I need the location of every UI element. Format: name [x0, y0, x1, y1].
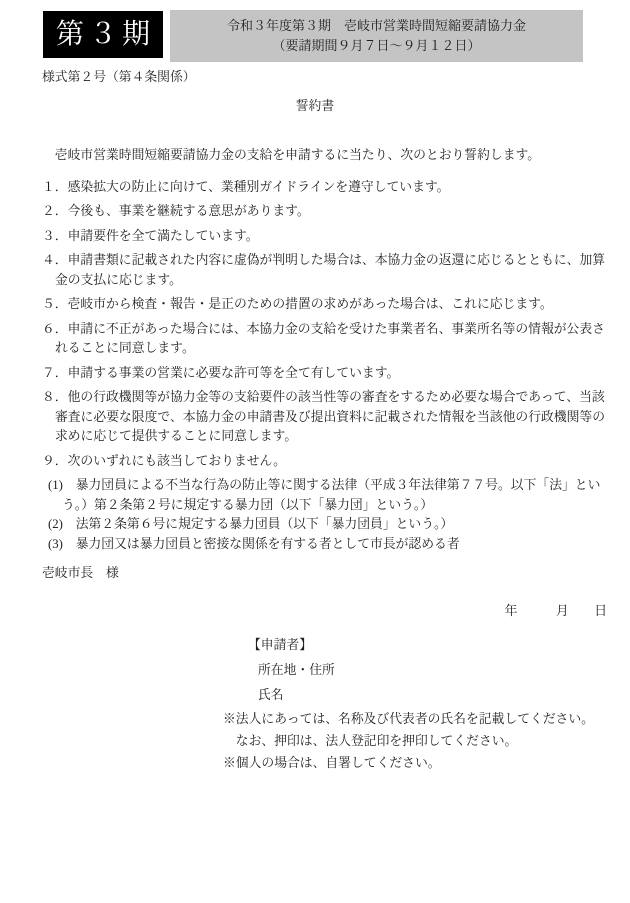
- pledge-document-page: 第３期 令和３年度第３期 壱岐市営業時間短縮要請協力金 （要請期間９月７日～９月…: [0, 0, 630, 903]
- intro-paragraph: 壱岐市営業時間短縮要請協力金の支給を申請するに当たり、次のとおり誓約します。: [42, 146, 607, 166]
- pledge-item-9: ９．次のいずれにも該当しておりません。: [42, 452, 607, 472]
- pledge-item-8: ８．他の行政機関等が協力金等の支給要件の該当性等の審査をするため必要な場合であっ…: [42, 388, 607, 447]
- pledge-item-1: １．感染拡大の防止に向けて、業種別ガイドラインを遵守しています。: [42, 178, 607, 198]
- sub-item-2: (2) 法第２条第６号に規定する暴力団員（以下「暴力団員」という。）: [48, 515, 607, 535]
- pledge-items-list: １．感染拡大の防止に向けて、業種別ガイドラインを遵守しています。 ２．今後も、事…: [42, 178, 607, 555]
- applicant-name-label: 氏名: [258, 683, 607, 708]
- period-badge: 第３期: [43, 11, 163, 58]
- date-line: 年 月 日: [42, 602, 607, 622]
- sub-item-1: (1) 暴力団員による不当な行為の防止等に関する法律（平成３年法律第７７号。以下…: [48, 476, 607, 515]
- pledge-item-2: ２．今後も、事業を継続する意思があります。: [42, 202, 607, 222]
- applicant-section: 【申請者】 所在地・住所 氏名: [42, 633, 607, 708]
- pledge-sub-items-list: (1) 暴力団員による不当な行為の防止等に関する法律（平成３年法律第７７号。以下…: [48, 476, 607, 554]
- pledge-item-3: ３．申請要件を全て満たしています。: [42, 227, 607, 247]
- pledge-item-4: ４．申請書類に記載された内容に虚偽が判明した場合は、本協力金の返還に応じるととも…: [42, 251, 607, 290]
- pledge-item-7: ７．申請する事業の営業に必要な許可等を全て有しています。: [42, 364, 607, 384]
- applicant-address-label: 所在地・住所: [258, 658, 607, 683]
- title-line-2: （要請期間９月７日～９月１２日）: [272, 36, 480, 56]
- addressee: 壱岐市長 様: [42, 564, 607, 584]
- pledge-item-5: ５．壱岐市から検査・報告・是正のための措置の求めがあった場合は、これに応じます。: [42, 295, 607, 315]
- document-title: 誓約書: [0, 97, 630, 117]
- pledge-item-6: ６．申請に不正があった場合には、本協力金の支給を受けた事業者名、事業所名等の情報…: [42, 320, 607, 359]
- title-box: 令和３年度第３期 壱岐市営業時間短縮要請協力金 （要請期間９月７日～９月１２日）: [170, 10, 583, 62]
- sub-item-3: (3) 暴力団又は暴力団員と密接な関係を有する者として市長が認める者: [48, 535, 607, 555]
- form-number: 様式第２号（第４条関係）: [42, 68, 630, 88]
- note-line-3: ※個人の場合は、自署してください。: [223, 752, 607, 774]
- document-body: 壱岐市営業時間短縮要請協力金の支給を申請するに当たり、次のとおり誓約します。 １…: [0, 146, 630, 774]
- note-line-1: ※法人にあっては、名称及び代表者の氏名を記載してください。: [223, 708, 607, 730]
- document-header: 第３期 令和３年度第３期 壱岐市営業時間短縮要請協力金 （要請期間９月７日～９月…: [43, 10, 630, 62]
- applicant-label: 【申請者】: [248, 633, 607, 658]
- note-line-2: なお、押印は、法人登記印を押印してください。: [223, 730, 607, 752]
- title-line-1: 令和３年度第３期 壱岐市営業時間短縮要請協力金: [227, 16, 526, 36]
- notes-section: ※法人にあっては、名称及び代表者の氏名を記載してください。 なお、押印は、法人登…: [42, 708, 607, 774]
